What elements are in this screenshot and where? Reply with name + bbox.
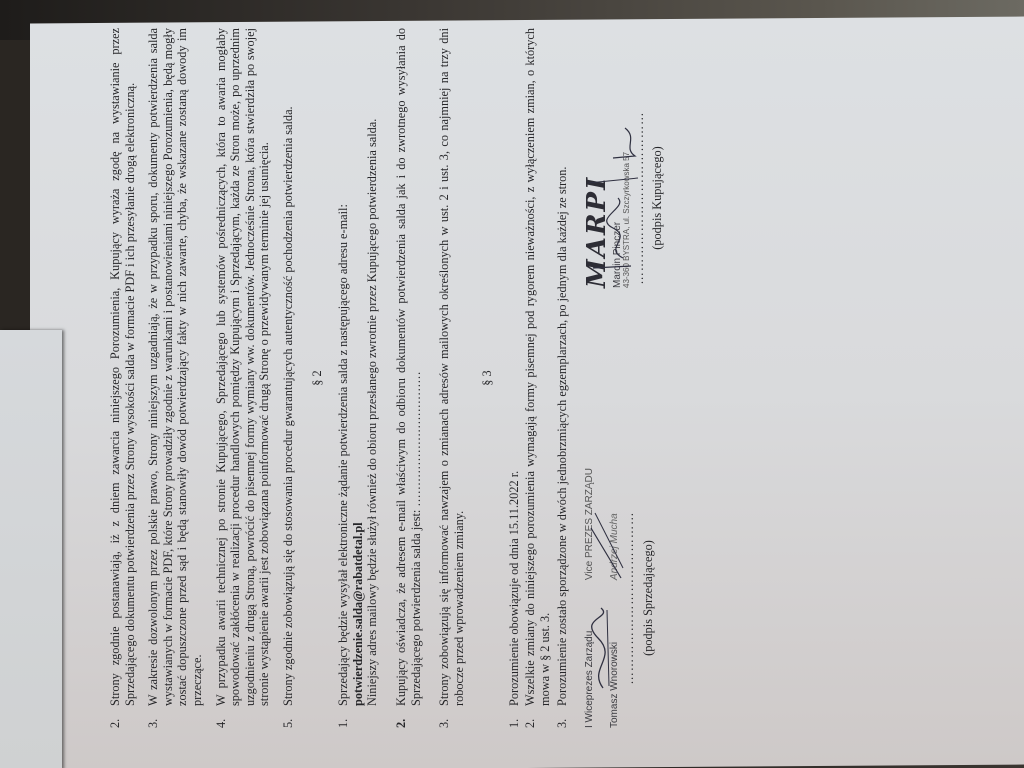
item-number: 3.	[437, 706, 466, 728]
buyer-stamp-logo: MARPI	[583, 68, 612, 288]
seller-stamp-title-2: Vice PREZES ZARZĄDU	[583, 468, 598, 580]
item-text: Strony zobowiązują się informować nawzaj…	[437, 28, 466, 706]
list-item: 3. Strony zobowiązują się informować naw…	[437, 28, 466, 728]
item-text: W zakresie dozwolonym przez polskie praw…	[146, 28, 204, 706]
list-item: 3. W zakresie dozwolonym przez polskie p…	[146, 28, 204, 728]
seller-signature-label: (podpis Sprzedającego)	[641, 468, 656, 728]
email-address: potwierdzenie.salda@rabatdetal.pl	[351, 522, 365, 706]
seller-stamp-title-1: I Wiceprezes Zarządu	[583, 631, 598, 728]
item-number: 2.	[108, 706, 137, 728]
buyer-signature-line: …………………………………	[632, 68, 647, 328]
item-number: 4.	[214, 706, 272, 728]
buyer-signature-label: (podpis Kupującego)	[650, 68, 665, 328]
section-3-list: 1. Porozumienie obowiązuje od dnia 15.11…	[507, 28, 569, 728]
list-item: 2. Kupujący oświadcza, że adresem e-mail…	[394, 28, 423, 728]
underlying-sheet-edge	[0, 330, 62, 768]
list-item: 2. Wszelkie zmiany do niniejszego porozu…	[523, 28, 552, 728]
section-1-list: 2. Strony zgodnie postanawiają, iż z dni…	[108, 28, 296, 728]
item-text: Strony zgodnie zobowiązują się do stosow…	[281, 28, 296, 706]
item-number: 3.	[146, 706, 204, 728]
item-number: 5.	[281, 706, 296, 728]
item-text: Porozumienie obowiązuje od dnia 15.11.20…	[507, 28, 522, 706]
rotated-document-content: 2. Strony zgodnie postanawiają, iż z dni…	[108, 28, 868, 728]
item-number: 2.	[394, 706, 423, 728]
section-2-heading: § 2	[310, 28, 325, 728]
item-number: 3.	[555, 706, 570, 728]
seller-signature-line: …………………………………	[622, 468, 637, 728]
item-number: 2.	[523, 706, 552, 728]
list-item: 1. Porozumienie obowiązuje od dnia 15.11…	[507, 28, 522, 728]
item-text: Porozumienie zostało sporządzone w dwóch…	[555, 28, 570, 706]
list-item: 3. Porozumienie zostało sporządzone w dw…	[555, 28, 570, 728]
list-item: 5. Strony zgodnie zobowiązują się do sto…	[281, 28, 296, 728]
item-number: 1.	[507, 706, 522, 728]
item-text: Kupujący oświadcza, że adresem e-mail wł…	[394, 28, 423, 706]
item-text: W przypadku awarii technicznej po stroni…	[214, 28, 272, 706]
buyer-stamp-address: 43-360 BYSTRA, ul. Szczyrkowska 57	[623, 68, 632, 288]
seller-stamp-name-1: Tomasz Wnorowski	[608, 631, 623, 728]
item-text-intro: Sprzedający będzie wysyłał elektroniczne…	[336, 204, 350, 706]
list-item: 4. W przypadku awarii technicznej po str…	[214, 28, 272, 728]
seller-stamp-name-2: Andrzej Mucha	[608, 468, 623, 580]
item-text: Strony zgodnie postanawiają, iż z dniem …	[108, 28, 137, 706]
seller-signature-block: I Wiceprezes Zarządu Tomasz Wnorowski Vi…	[583, 468, 665, 728]
item-number: 1.	[336, 706, 380, 728]
section-3-heading: § 3	[480, 28, 495, 728]
list-item: 1. Sprzedający będzie wysyłał elektronic…	[336, 28, 380, 728]
signature-section: I Wiceprezes Zarządu Tomasz Wnorowski Vi…	[583, 28, 665, 728]
item-text: Sprzedający będzie wysyłał elektroniczne…	[336, 28, 380, 706]
item-text-continuation: Niniejszy adres mailowy będzie służył ró…	[365, 119, 379, 706]
section-2-list: 1. Sprzedający będzie wysyłał elektronic…	[336, 28, 466, 728]
list-item: 2. Strony zgodnie postanawiają, iż z dni…	[108, 28, 137, 728]
item-text: Wszelkie zmiany do niniejszego porozumie…	[523, 28, 552, 706]
buyer-signature-block: MARPI Marcin Pinczer 43-360 BYSTRA, ul. …	[583, 68, 665, 328]
